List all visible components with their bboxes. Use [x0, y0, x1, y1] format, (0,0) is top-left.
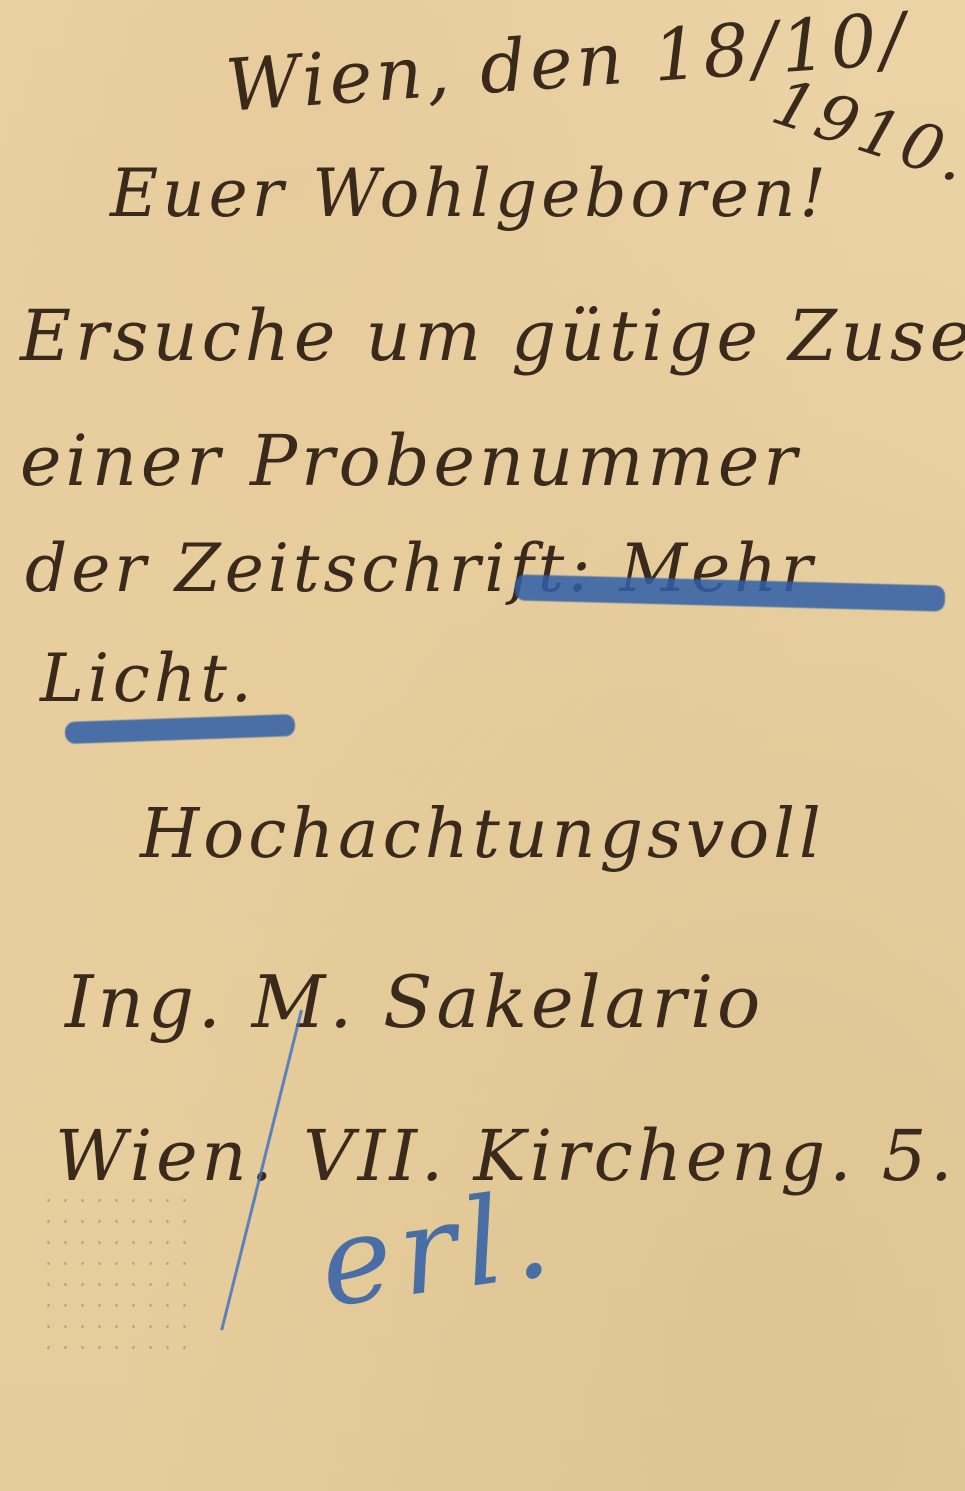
body-line-2: einer Probenummer [20, 420, 801, 502]
blue-underline-licht [65, 714, 296, 744]
signature: Ing. M. Sakelario [65, 960, 764, 1044]
body-line-1: Ersuche um gütige Zusendung [20, 295, 965, 377]
postmark-remnant [40, 1190, 200, 1350]
salutation: Euer Wohlgeboren! [110, 155, 830, 232]
body-line-4: Licht. [40, 640, 256, 717]
postcard: Wien, den 18/10/ 1910. Euer Wohlgeboren!… [0, 0, 965, 1491]
closing: Hochachtungsvoll [140, 795, 825, 874]
